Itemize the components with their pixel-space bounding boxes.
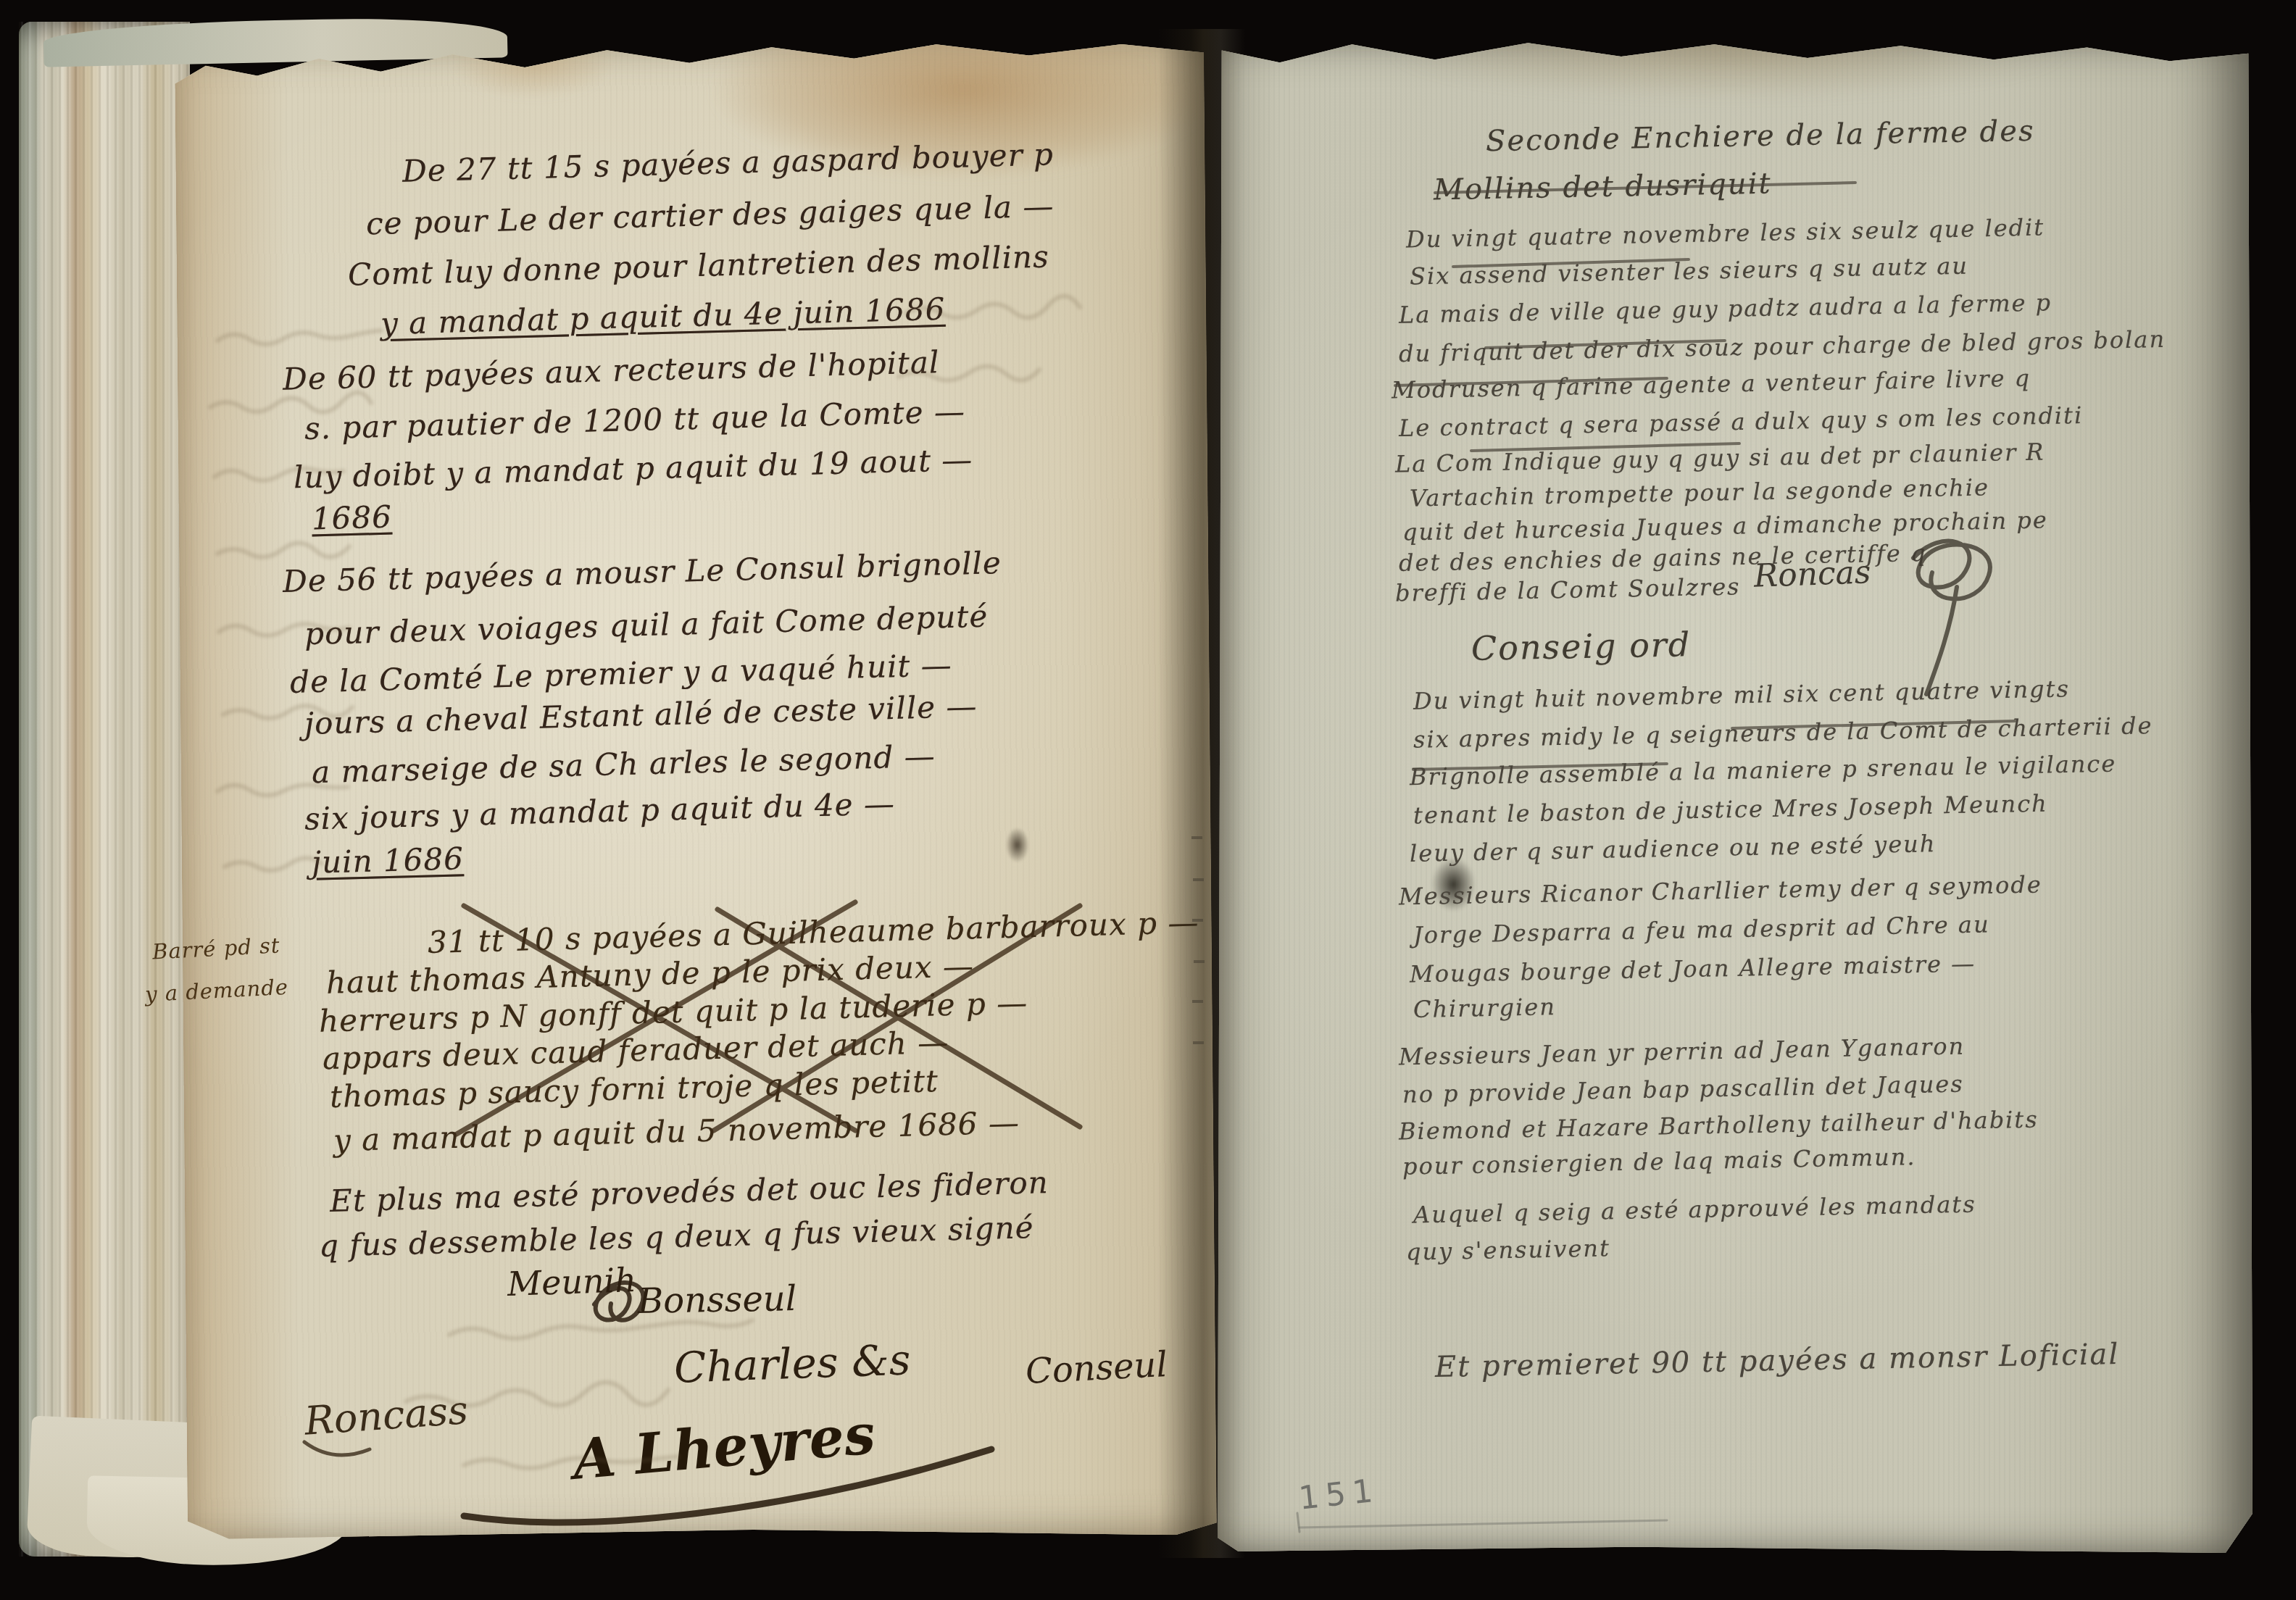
binding-gutter-shadow (1158, 29, 1245, 1558)
manuscript-photo: De 27 tt 15 s payées a gaspard bouyer p … (0, 0, 2296, 1600)
ink-blot (1000, 820, 1034, 870)
section-heading-conseil: Conseig ord (1471, 625, 1692, 668)
manuscript-line: 1686 (311, 499, 392, 537)
signature-charles: Charles &s (673, 1335, 912, 1392)
section-heading-line: Mollins det dusriquit (1434, 167, 1772, 207)
top-stain-small (414, 43, 654, 133)
signature-meunih: Meunih (507, 1260, 637, 1304)
signature-conseul: Conseul (1025, 1344, 1169, 1392)
manuscript-line: juin 1686 (311, 841, 464, 880)
signature-bonsseul: Bonsseul (638, 1278, 797, 1322)
left-page: De 27 tt 15 s payées a gaspard bouyer p … (145, 43, 1210, 1545)
manuscript-line: quy s'ensuivent (1406, 1234, 1611, 1265)
manuscript-line: Chirurgien (1413, 993, 1556, 1023)
signature-roncas: Roncas (1753, 554, 1871, 595)
right-page: Seconde Enchiere de la ferme des Mollins… (1218, 40, 2283, 1558)
